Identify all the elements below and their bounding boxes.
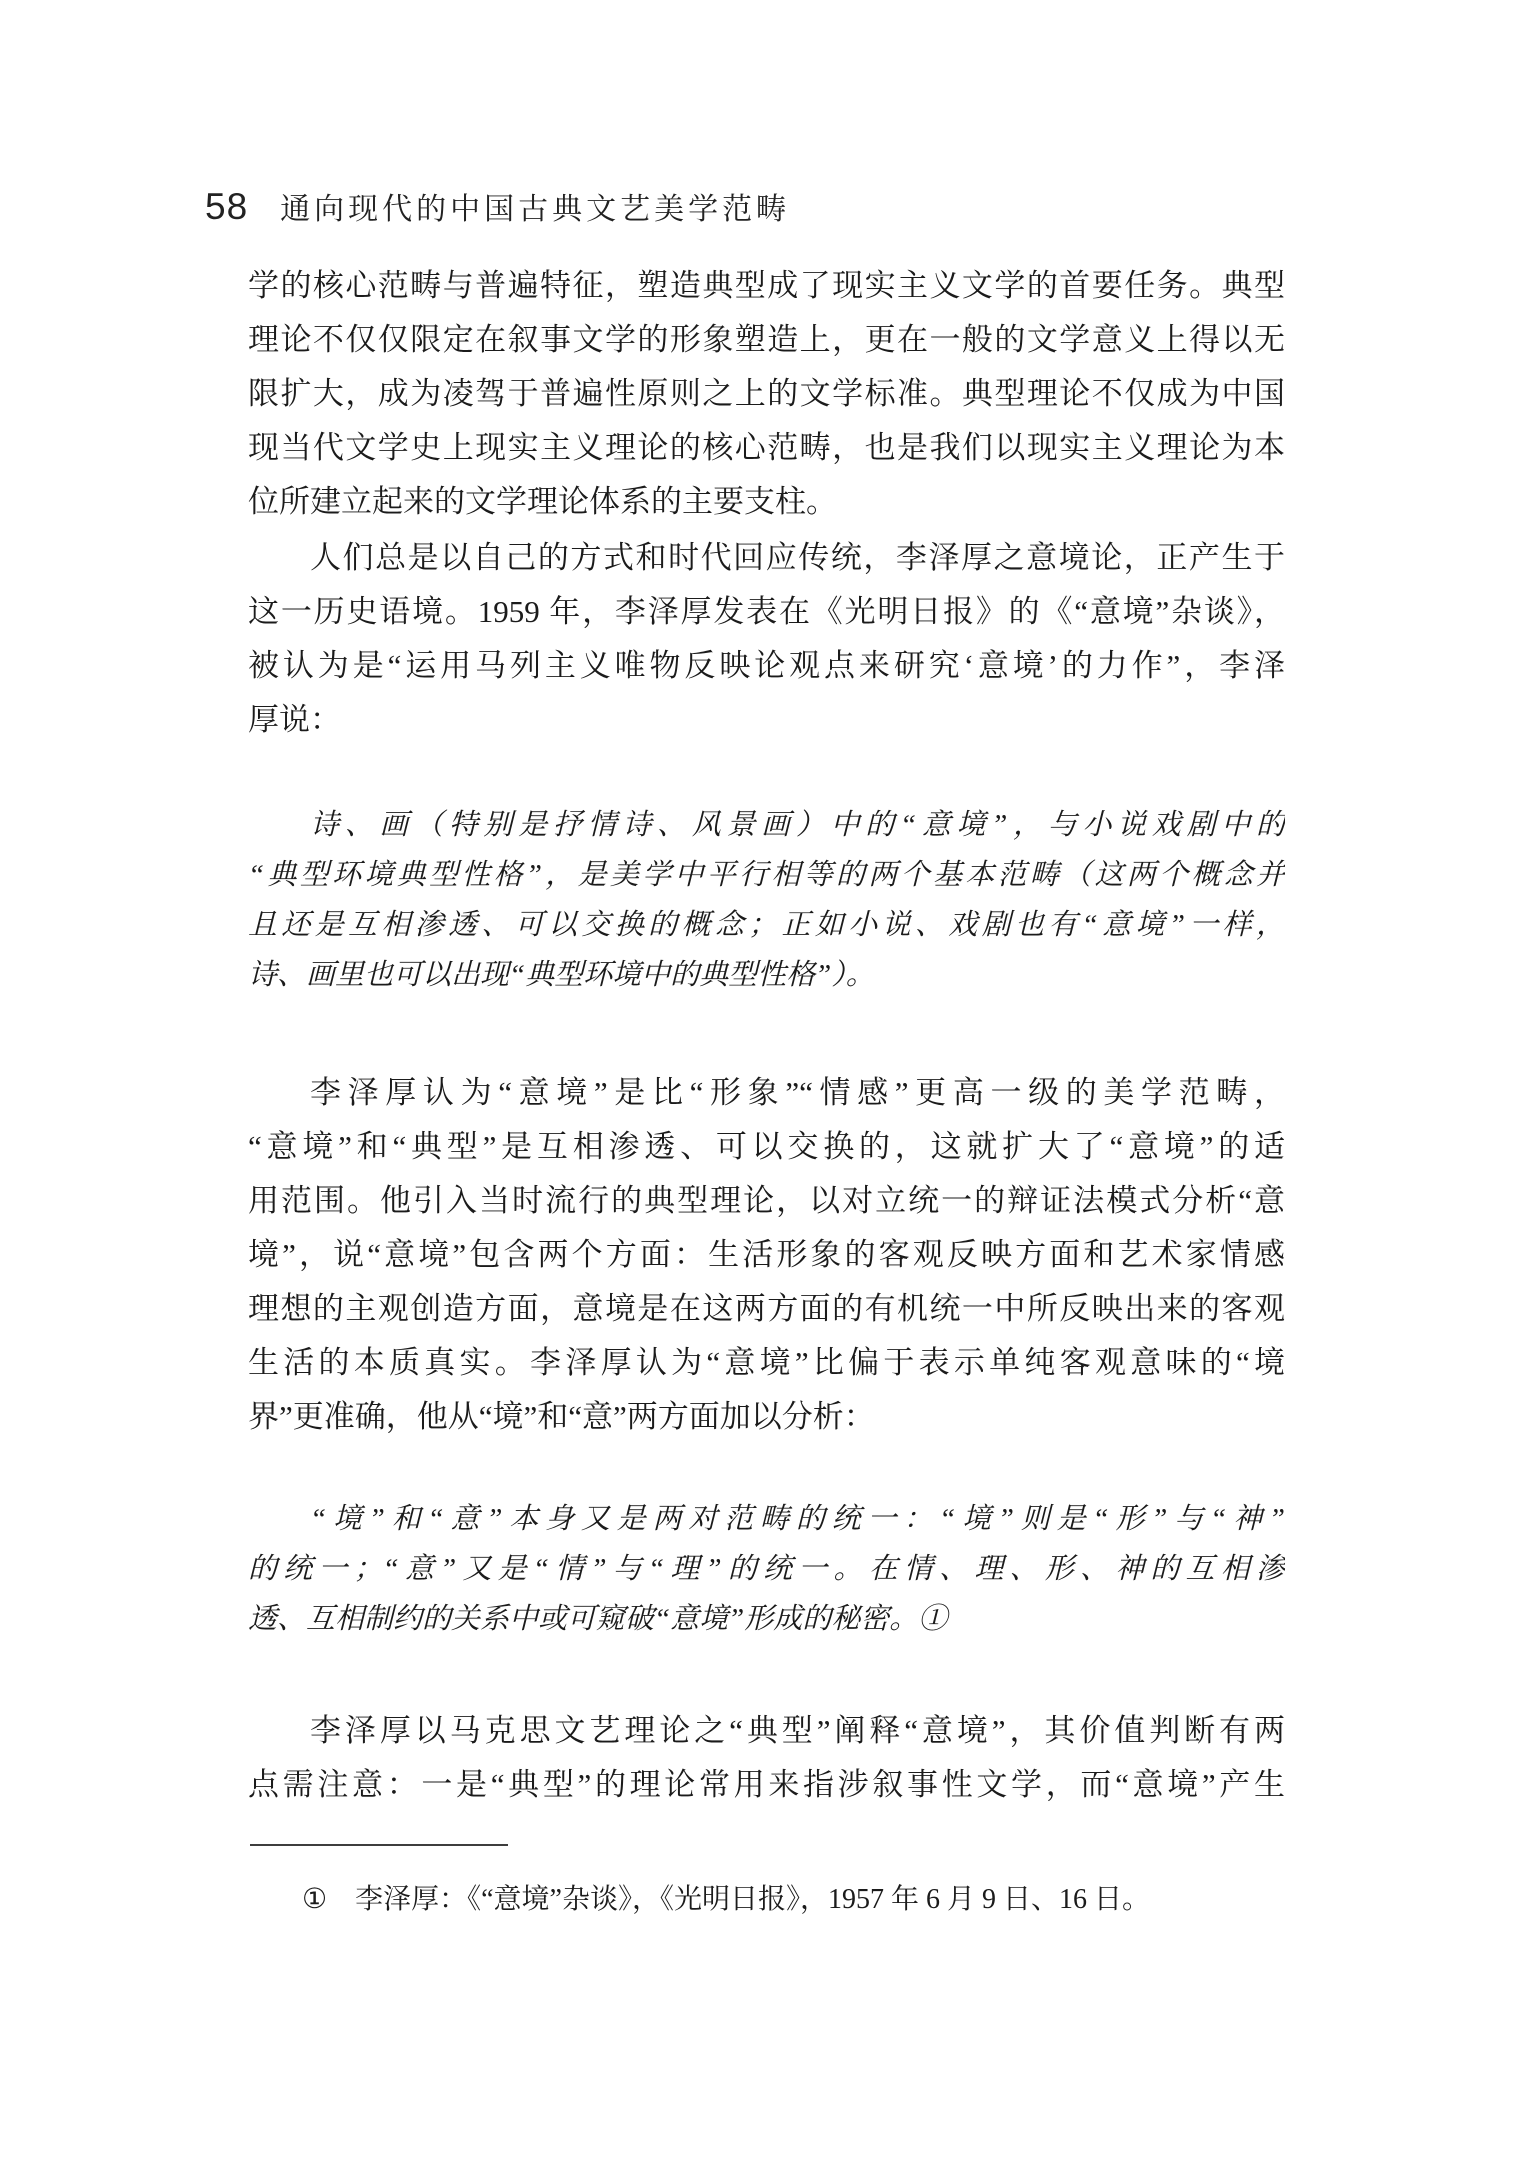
paragraph: 李泽厚认为“意境”是比“形象”“情感”更高一级的美学范畴，“意境”和“典型”是互… [248, 1066, 1285, 1444]
text-line: “意境”和“典型”是互相渗透、可以交换的，这就扩大了“意境”的适 [248, 1120, 1285, 1174]
footnote-marker: ① [302, 1878, 327, 1922]
text-line: 李泽厚认为“意境”是比“形象”“情感”更高一级的美学范畴， [248, 1066, 1285, 1120]
text-line: 生活的本质真实。李泽厚认为“意境”比偏于表示单纯客观意味的“境 [248, 1336, 1285, 1390]
text-line: 诗、画（特别是抒情诗、风景画）中的“意境”，与小说戏剧中的 [248, 800, 1285, 850]
text-column: 学的核心范畴与普遍特征，塑造典型成了现实主义文学的首要任务。典型理论不仅仅限定在… [248, 0, 1285, 2181]
text-line: “境”和“意”本身又是两对范畴的统一：“境”则是“形”与“神” [248, 1494, 1285, 1544]
text-line: 且还是互相渗透、可以交换的概念；正如小说、戏剧也有“意境”一样， [248, 900, 1285, 950]
paragraph: 学的核心范畴与普遍特征，塑造典型成了现实主义文学的首要任务。典型理论不仅仅限定在… [248, 259, 1285, 529]
paragraph: 李泽厚以马克思文艺理论之“典型”阐释“意境”，其价值判断有两点需注意：一是“典型… [248, 1704, 1285, 1812]
text-line: 李泽厚以马克思文艺理论之“典型”阐释“意境”，其价值判断有两 [248, 1704, 1285, 1758]
text-line: 理想的主观创造方面，意境是在这两方面的有机统一中所反映出来的客观 [248, 1282, 1285, 1336]
text-line: 厚说： [248, 693, 1285, 747]
footnote-divider [250, 1844, 508, 1846]
blockquote: “境”和“意”本身又是两对范畴的统一：“境”则是“形”与“神”的统一；“意”又是… [248, 1494, 1285, 1644]
paragraph: 人们总是以自己的方式和时代回应传统，李泽厚之意境论，正产生于这一历史语境。195… [248, 531, 1285, 747]
footnote: ① 李泽厚：《“意境”杂谈》，《光明日报》，1957 年 6 月 9 日、16 … [302, 1878, 1242, 1922]
text-line: 的统一；“意”又是“情”与“理”的统一。在情、理、形、神的互相渗 [248, 1544, 1285, 1594]
text-line: 诗、画里也可以出现“典型环境中的典型性格”）。 [248, 950, 1285, 1000]
text-line: 界”更准确，他从“境”和“意”两方面加以分析： [248, 1390, 1285, 1444]
text-line: 理论不仅仅限定在叙事文学的形象塑造上，更在一般的文学意义上得以无 [248, 313, 1285, 367]
blockquote: 诗、画（特别是抒情诗、风景画）中的“意境”，与小说戏剧中的“典型环境典型性格”，… [248, 800, 1285, 1000]
text-line: 透、互相制约的关系中或可窥破“意境”形成的秘密。① [248, 1594, 1285, 1644]
text-line: 境”，说“意境”包含两个方面：生活形象的客观反映方面和艺术家情感 [248, 1228, 1285, 1282]
text-line: 用范围。他引入当时流行的典型理论，以对立统一的辩证法模式分析“意 [248, 1174, 1285, 1228]
book-page: 58 通向现代的中国古典文艺美学范畴 学的核心范畴与普遍特征，塑造典型成了现实主… [0, 0, 1536, 2181]
footnote-text: 李泽厚：《“意境”杂谈》，《光明日报》，1957 年 6 月 9 日、16 日。 [355, 1878, 1150, 1922]
text-line: 限扩大，成为凌驾于普遍性原则之上的文学标准。典型理论不仅成为中国 [248, 367, 1285, 421]
text-line: 人们总是以自己的方式和时代回应传统，李泽厚之意境论，正产生于 [248, 531, 1285, 585]
text-line: 被认为是“运用马列主义唯物反映论观点来研究‘意境’的力作”，李泽 [248, 639, 1285, 693]
text-line: 学的核心范畴与普遍特征，塑造典型成了现实主义文学的首要任务。典型 [248, 259, 1285, 313]
text-line: 现当代文学史上现实主义理论的核心范畴，也是我们以现实主义理论为本 [248, 421, 1285, 475]
page-number: 58 [205, 186, 248, 228]
text-line: “典型环境典型性格”，是美学中平行相等的两个基本范畴（这两个概念并 [248, 850, 1285, 900]
text-line: 这一历史语境。1959 年，李泽厚发表在《光明日报》的《“意境”杂谈》， [248, 585, 1285, 639]
text-line: 位所建立起来的文学理论体系的主要支柱。 [248, 475, 1285, 529]
text-line: 点需注意：一是“典型”的理论常用来指涉叙事性文学，而“意境”产生 [248, 1758, 1285, 1812]
